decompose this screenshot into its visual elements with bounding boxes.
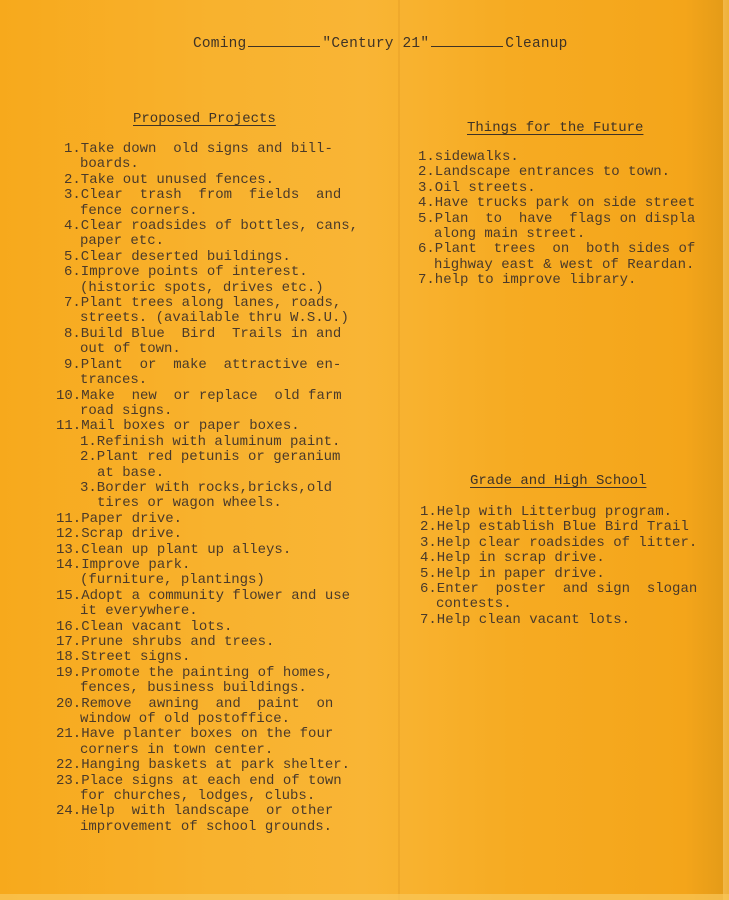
list-item: 15.Adopt a community flower and use — [56, 589, 358, 604]
paper-fold-crease — [398, 0, 400, 900]
list-item: 14.Improve park. — [56, 558, 358, 573]
title-blank-line — [431, 34, 503, 47]
list-item-continuation: (historic spots, drives etc.) — [64, 281, 358, 296]
heading-grade-and-high-school: Grade and High School — [470, 473, 646, 489]
list-item: 6.Plant trees on both sides of — [418, 242, 695, 257]
grade-and-high-school-list: 1.Help with Litterbug program.2.Help est… — [420, 505, 697, 628]
title-blank-line — [248, 34, 320, 47]
list-item-continuation: improvement of school grounds. — [64, 820, 358, 835]
list-item: 1.Help with Litterbug program. — [420, 505, 697, 520]
list-item-continuation: trances. — [64, 373, 358, 388]
list-item: 7.Plant trees along lanes, roads, — [64, 296, 358, 311]
list-item-continuation: along main street. — [418, 227, 695, 242]
list-item-continuation: paper etc. — [64, 234, 358, 249]
list-item: 4.Have trucks park on side street — [418, 196, 695, 211]
list-item: 24.Help with landscape or other — [56, 804, 358, 819]
list-item: 22.Hanging baskets at park shelter. — [56, 758, 358, 773]
list-item-continuation: fences, business buildings. — [64, 681, 358, 696]
list-item: 11.Mail boxes or paper boxes. — [56, 419, 358, 434]
list-item: 6.Improve points of interest. — [64, 265, 358, 280]
list-item-continuation: road signs. — [64, 404, 358, 419]
list-item-continuation: (furniture, plantings) — [64, 573, 358, 588]
title-part-century: "Century 21" — [322, 36, 429, 52]
list-item-continuation: window of old postoffice. — [64, 712, 358, 727]
list-item-continuation: contests. — [420, 597, 697, 612]
list-item: 6.Enter poster and sign slogan — [420, 582, 697, 597]
sub-list-item: 2.Plant red petunis or geranium — [64, 450, 358, 465]
document-title: Coming"Century 21"Cleanup — [193, 34, 568, 52]
things-for-the-future-list: 1.sidewalks.2.Landscape entrances to tow… — [418, 150, 695, 289]
proposed-projects-list: 1.Take down old signs and bill-boards.2.… — [64, 142, 358, 835]
heading-proposed-projects: Proposed Projects — [133, 111, 276, 127]
list-item: 16.Clean vacant lots. — [56, 620, 358, 635]
list-item: 7.Help clean vacant lots. — [420, 613, 697, 628]
heading-things-for-the-future: Things for the Future — [467, 120, 643, 136]
list-item-continuation: it everywhere. — [64, 604, 358, 619]
sub-list-item-continuation: tires or wagon wheels. — [64, 496, 358, 511]
list-item: 21.Have planter boxes on the four — [56, 727, 358, 742]
list-item: 18.Street signs. — [56, 650, 358, 665]
list-item: 3.Help clear roadsides of litter. — [420, 536, 697, 551]
list-item: 1.Take down old signs and bill- — [64, 142, 358, 157]
list-item: 5.Plan to have flags on displa — [418, 212, 695, 227]
paper-bottom-edge — [0, 894, 729, 900]
list-item-continuation: out of town. — [64, 342, 358, 357]
sub-list-item: 3.Border with rocks,bricks,old — [64, 481, 358, 496]
sub-list-item-continuation: at base. — [64, 466, 358, 481]
list-item: 13.Clean up plant up alleys. — [56, 543, 358, 558]
list-item: 4.Help in scrap drive. — [420, 551, 697, 566]
list-item: 2.Take out unused fences. — [64, 173, 358, 188]
list-item-continuation: streets. (available thru W.S.U.) — [64, 311, 358, 326]
list-item: 1.sidewalks. — [418, 150, 695, 165]
list-item: 12.Scrap drive. — [56, 527, 358, 542]
title-part-cleanup: Cleanup — [505, 36, 567, 52]
paper-right-edge — [723, 0, 729, 900]
list-item: 5.Help in paper drive. — [420, 567, 697, 582]
list-item-continuation: highway east & west of Reardan. — [418, 258, 695, 273]
list-item: 17.Prune shrubs and trees. — [56, 635, 358, 650]
list-item: 3.Clear trash from fields and — [64, 188, 358, 203]
list-item: 19.Promote the painting of homes, — [56, 666, 358, 681]
list-item: 4.Clear roadsides of bottles, cans, — [64, 219, 358, 234]
list-item-continuation: for churches, lodges, clubs. — [64, 789, 358, 804]
list-item: 2.Help establish Blue Bird Trail — [420, 520, 697, 535]
sub-list-item: 1.Refinish with aluminum paint. — [64, 435, 358, 450]
list-item: 8.Build Blue Bird Trails in and — [64, 327, 358, 342]
list-item: 2.Landscape entrances to town. — [418, 165, 695, 180]
title-part-coming: Coming — [193, 36, 246, 52]
list-item: 3.Oil streets. — [418, 181, 695, 196]
list-item: 11.Paper drive. — [56, 512, 358, 527]
list-item-continuation: fence corners. — [64, 204, 358, 219]
list-item: 9.Plant or make attractive en- — [64, 358, 358, 373]
list-item-continuation: corners in town center. — [64, 743, 358, 758]
list-item: 5.Clear deserted buildings. — [64, 250, 358, 265]
list-item: 7.help to improve library. — [418, 273, 695, 288]
list-item: 10.Make new or replace old farm — [56, 389, 358, 404]
list-item: 23.Place signs at each end of town — [56, 774, 358, 789]
list-item: 20.Remove awning and paint on — [56, 697, 358, 712]
list-item-continuation: boards. — [64, 157, 358, 172]
